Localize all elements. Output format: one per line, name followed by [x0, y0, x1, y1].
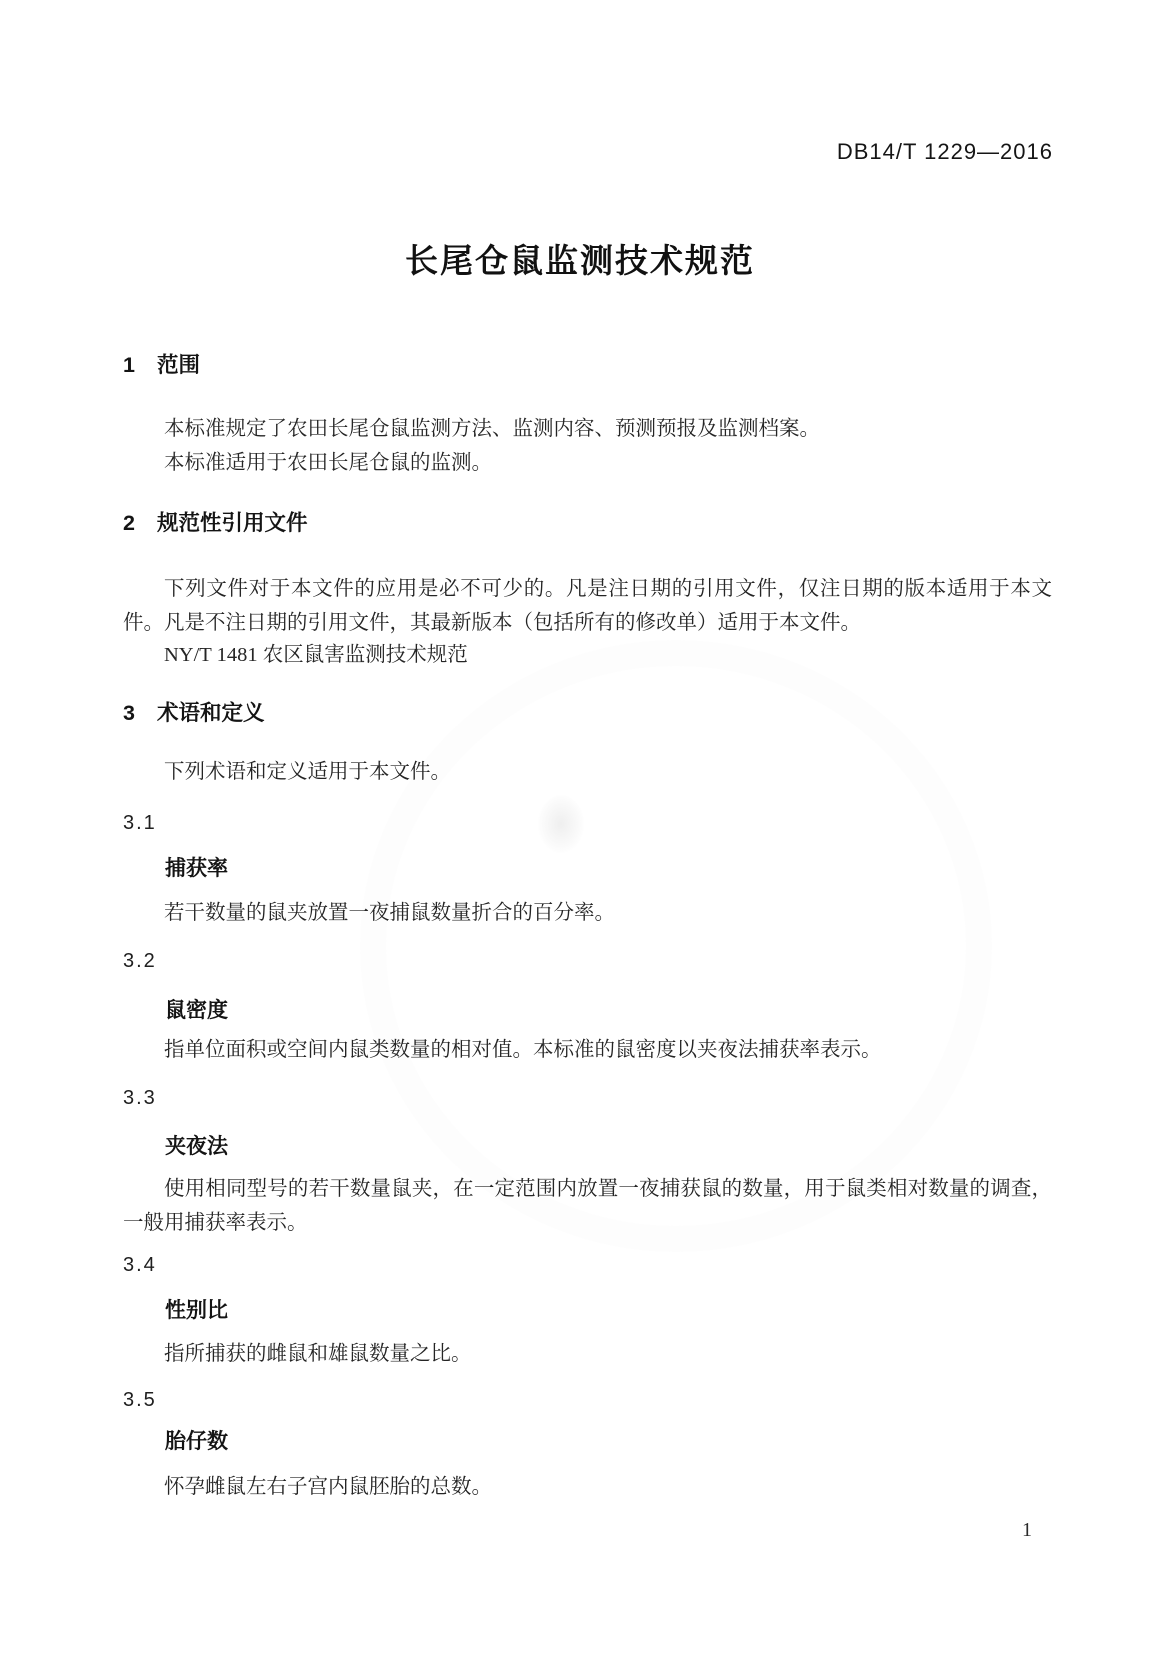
- term-4-definition: 指所捕获的雌鼠和雄鼠数量之比。: [123, 1344, 1052, 1365]
- page-number: 1: [1022, 1520, 1032, 1540]
- term-5-number: 3.5: [123, 1390, 157, 1410]
- term-3-number: 3.3: [123, 1088, 157, 1108]
- term-2-name: 鼠密度: [165, 1000, 228, 1021]
- section-1-paragraph-1: 本标准规定了农田长尾仓鼠监测方法、监测内容、预测预报及监测档案。: [123, 419, 1052, 440]
- section-3-heading: 3术语和定义: [123, 703, 1053, 725]
- term-4-number: 3.4: [123, 1255, 157, 1275]
- section-1-title: 范围: [157, 353, 200, 377]
- term-4-name: 性别比: [165, 1300, 228, 1321]
- document-page: { "header": { "code": "DB14/T 1229—2016"…: [0, 0, 1160, 1661]
- document-title: 长尾仓鼠监测技术规范: [0, 243, 1160, 279]
- scan-watermark-stamp: [538, 795, 584, 853]
- section-2-title: 规范性引用文件: [157, 511, 308, 535]
- section-2-paragraph-1: 下列文件对于本文件的应用是必不可少的。凡是注日期的引用文件，仅注日期的版本适用于…: [123, 572, 1052, 640]
- term-3-definition: 使用相同型号的若干数量鼠夹，在一定范围内放置一夜捕获鼠的数量，用于鼠类相对数量的…: [123, 1172, 1052, 1240]
- term-1-definition: 若干数量的鼠夹放置一夜捕鼠数量折合的百分率。: [123, 903, 1052, 924]
- term-5-definition: 怀孕雌鼠左右子宫内鼠胚胎的总数。: [123, 1477, 1052, 1498]
- term-5-name: 胎仔数: [165, 1431, 228, 1452]
- section-2-reference: NY/T 1481 农区鼠害监测技术规范: [123, 645, 1052, 666]
- section-3-number: 3: [123, 703, 135, 725]
- section-1-heading: 1范围: [123, 355, 1053, 377]
- section-1-paragraph-2: 本标准适用于农田长尾仓鼠的监测。: [123, 453, 1052, 474]
- section-1-number: 1: [123, 355, 135, 377]
- term-1-number: 3.1: [123, 813, 157, 833]
- term-2-definition: 指单位面积或空间内鼠类数量的相对值。本标准的鼠密度以夹夜法捕获率表示。: [123, 1040, 1052, 1061]
- standard-code: DB14/T 1229—2016: [837, 141, 1053, 163]
- scan-watermark-ring: [360, 640, 992, 1252]
- section-2-heading: 2规范性引用文件: [123, 513, 1053, 535]
- section-2-number: 2: [123, 513, 135, 535]
- term-1-name: 捕获率: [165, 858, 228, 879]
- term-3-name: 夹夜法: [165, 1136, 228, 1157]
- term-2-number: 3.2: [123, 951, 157, 971]
- section-3-title: 术语和定义: [157, 701, 265, 725]
- section-3-intro: 下列术语和定义适用于本文件。: [123, 762, 1052, 783]
